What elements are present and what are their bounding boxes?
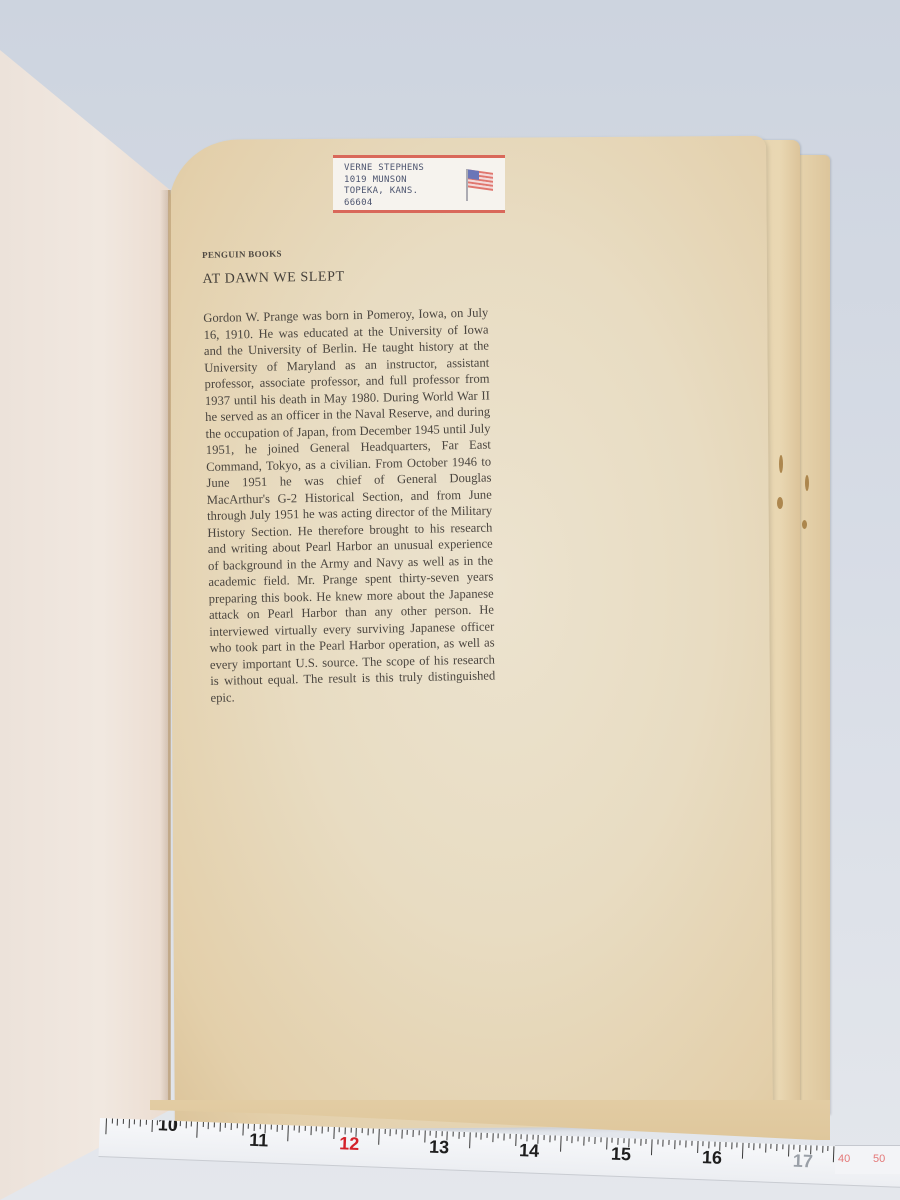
tape-tick	[515, 1134, 516, 1146]
photo-scene: VERNE STEPHENS 1019 MUNSON TOPEKA, KANS.…	[0, 0, 900, 1200]
tape-tick	[560, 1136, 562, 1152]
address-text: VERNE STEPHENS 1019 MUNSON TOPEKA, KANS.…	[344, 163, 424, 209]
tape-tick	[697, 1141, 698, 1153]
tape-tick	[196, 1122, 198, 1138]
tape-tick	[498, 1133, 499, 1138]
tape-tick	[214, 1122, 215, 1127]
tape-tick	[464, 1132, 465, 1137]
tape-tick	[111, 1118, 112, 1123]
tape-tick	[322, 1127, 323, 1134]
tape-label-16: 16	[702, 1147, 723, 1169]
tape-tick	[151, 1120, 152, 1132]
tape-tick	[219, 1123, 220, 1132]
tape-tick	[237, 1123, 238, 1128]
tape-tick	[703, 1141, 704, 1146]
tape-label-17: 17	[792, 1151, 813, 1173]
tape-tick	[424, 1130, 425, 1142]
tape-tick	[117, 1119, 118, 1126]
tape-tick	[384, 1129, 385, 1134]
tape-tick	[134, 1119, 135, 1124]
page-text: PENGUIN BOOKS AT DAWN WE SLEPT Gordon W.…	[202, 245, 496, 706]
tape-tick	[185, 1121, 186, 1128]
tape-tick	[305, 1126, 306, 1131]
tape-tick	[594, 1137, 595, 1144]
tape-tick	[105, 1118, 107, 1134]
tape-label-12: 12	[339, 1133, 360, 1155]
tape-tick	[418, 1130, 419, 1135]
tape-tick	[759, 1143, 760, 1148]
tape-tick	[191, 1122, 192, 1127]
tape-tick	[589, 1137, 590, 1142]
book-title: AT DAWN WE SLEPT	[202, 267, 487, 288]
tape-tick	[572, 1136, 573, 1143]
tape-tick	[549, 1135, 550, 1142]
tape-tick	[731, 1142, 732, 1149]
tape-tick	[771, 1144, 772, 1149]
tape-tick	[469, 1132, 471, 1148]
tape-label-13: 13	[429, 1137, 450, 1159]
tape-tick	[782, 1144, 783, 1149]
address-zip: 66604	[344, 198, 424, 210]
address-name: VERNE STEPHENS	[344, 163, 424, 175]
tape-tick	[634, 1139, 635, 1144]
tape-tick	[390, 1129, 391, 1136]
tape-tick	[816, 1146, 817, 1151]
tape-label-14: 14	[519, 1140, 540, 1162]
tape-tick	[492, 1133, 493, 1142]
metric-label-40: 40	[838, 1153, 850, 1165]
tape-tick	[663, 1140, 664, 1147]
tape-tick	[452, 1132, 453, 1137]
tape-tick	[373, 1128, 374, 1133]
tape-tick	[481, 1133, 482, 1140]
tape-tick	[776, 1144, 777, 1151]
tape-tick	[657, 1139, 658, 1144]
tape-tick	[401, 1130, 402, 1139]
tape-tick	[316, 1126, 317, 1131]
tape-tick	[413, 1130, 414, 1137]
tape-tick	[327, 1127, 328, 1132]
foxing-stain	[805, 475, 809, 491]
tape-tick	[276, 1125, 277, 1132]
tape-tick	[378, 1129, 380, 1145]
tape-tick	[532, 1135, 533, 1140]
tape-tick	[350, 1128, 351, 1133]
tape-label-11: 11	[249, 1130, 269, 1152]
tape-tick	[287, 1125, 289, 1141]
page-spine-edge	[168, 190, 171, 1110]
address-label: VERNE STEPHENS 1019 MUNSON TOPEKA, KANS.…	[333, 155, 505, 213]
foxing-stain	[777, 497, 783, 509]
tape-tick	[123, 1119, 124, 1124]
tape-tick	[333, 1127, 334, 1139]
tape-tick	[225, 1123, 226, 1128]
tape-tick	[691, 1141, 692, 1146]
tape-tick	[282, 1125, 283, 1130]
tape-tick	[202, 1122, 203, 1127]
tape-tick	[208, 1122, 209, 1129]
tape-tick	[293, 1125, 294, 1130]
metric-tape-strip: 40 50	[835, 1145, 900, 1174]
us-flag-icon	[465, 167, 495, 203]
tape-tick	[509, 1134, 510, 1139]
tape-tick	[128, 1119, 129, 1128]
tape-tick	[543, 1135, 544, 1140]
tape-tick	[640, 1139, 641, 1146]
metric-label-50: 50	[873, 1153, 885, 1165]
tape-tick	[271, 1125, 272, 1130]
tape-tick	[362, 1128, 363, 1133]
tape-tick	[441, 1131, 442, 1136]
tape-tick	[737, 1142, 738, 1147]
tape-label-10: 10	[157, 1118, 178, 1136]
tape-tick	[248, 1124, 249, 1129]
tape-tick	[430, 1131, 431, 1136]
tape-tick	[623, 1138, 624, 1143]
tape-tick	[714, 1142, 715, 1147]
tape-tick	[651, 1139, 653, 1155]
tape-tick	[396, 1129, 397, 1134]
author-biography: Gordon W. Prange was born in Pomeroy, Io…	[203, 305, 496, 706]
tape-tick	[668, 1140, 669, 1145]
tape-tick	[242, 1123, 243, 1135]
tape-tick	[822, 1146, 823, 1153]
tape-tick	[765, 1144, 766, 1153]
tape-tick	[339, 1127, 340, 1132]
tape-tick	[674, 1140, 675, 1149]
tape-tick	[600, 1137, 601, 1142]
address-street: 1019 MUNSON	[344, 175, 424, 187]
tape-tick	[521, 1134, 522, 1139]
address-city: TOPEKA, KANS.	[344, 186, 424, 198]
tape-tick	[788, 1144, 789, 1156]
tape-tick	[566, 1136, 567, 1141]
tape-tick	[259, 1124, 260, 1129]
tape-tick	[612, 1138, 613, 1143]
tape-tick	[310, 1126, 311, 1135]
inside-cover-page	[0, 0, 170, 1200]
tape-tick	[742, 1143, 744, 1159]
foxing-stain	[802, 520, 807, 529]
tape-tick	[805, 1145, 806, 1150]
tape-tick	[555, 1135, 556, 1140]
tape-label-15: 15	[611, 1144, 632, 1166]
tape-tick	[140, 1120, 141, 1127]
tape-tick	[231, 1123, 232, 1130]
tape-tick	[583, 1137, 584, 1146]
foxing-stain	[779, 455, 783, 473]
tape-tick	[680, 1140, 681, 1145]
tape-tick	[180, 1121, 181, 1126]
tape-tick	[828, 1146, 829, 1151]
tape-tick	[487, 1133, 488, 1138]
tape-tick	[754, 1143, 755, 1150]
tape-tick	[475, 1132, 476, 1137]
tape-tick	[578, 1136, 579, 1141]
tape-tick	[504, 1134, 505, 1141]
tape-tick	[685, 1141, 686, 1148]
tape-tick	[458, 1132, 459, 1139]
tape-tick	[793, 1145, 794, 1150]
tape-tick	[725, 1142, 726, 1147]
tape-tick	[367, 1128, 368, 1135]
tape-tick	[606, 1137, 607, 1149]
tape-tick	[407, 1130, 408, 1135]
tape-tick	[748, 1143, 749, 1148]
tape-tick	[646, 1139, 647, 1144]
tape-tick	[146, 1120, 147, 1125]
tape-tick	[299, 1126, 300, 1133]
